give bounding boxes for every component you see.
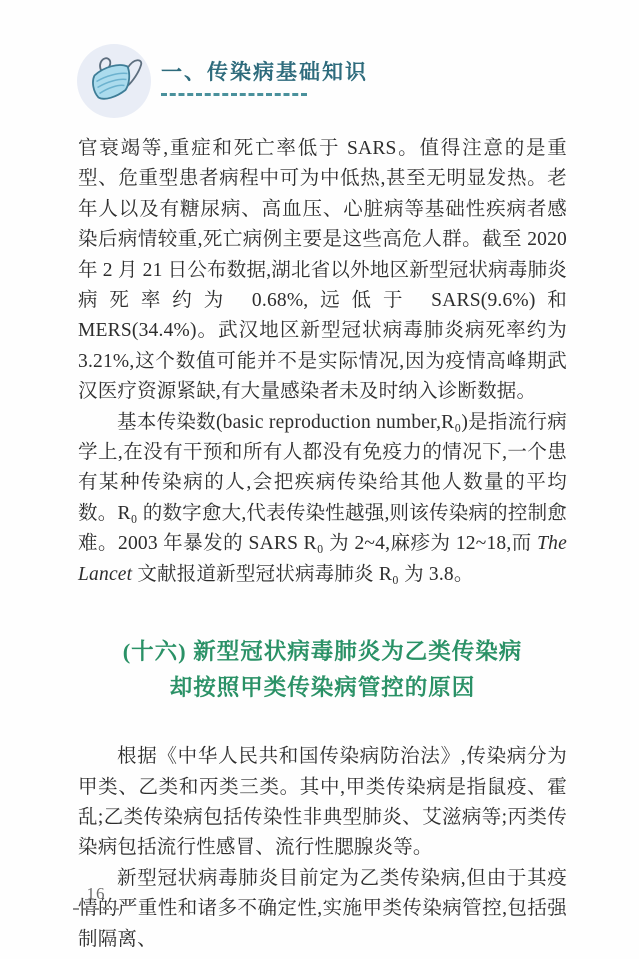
book-page: 一、传染病基础知识 官衰竭等,重症和死亡率低于 SARS。值得注意的是重型、危重… xyxy=(0,0,639,959)
paragraph-text: 基本传染数(basic reproduction number,R₀)是指流行病… xyxy=(78,412,567,555)
paragraph-text: 新型冠状病毒肺炎目前定为乙类传染病,但由于其疫情的严重性和诸多不确定性,实施甲类… xyxy=(78,868,567,950)
section-heading-line: (十六) 新型冠状病毒肺炎为乙类传染病 xyxy=(78,634,567,670)
face-mask-icon xyxy=(77,44,151,118)
body-paragraph: 新型冠状病毒肺炎目前定为乙类传染病,但由于其疫情的严重性和诸多不确定性,实施甲类… xyxy=(78,864,567,955)
page-content: 官衰竭等,重症和死亡率低于 SARS。值得注意的是重型、危重型患者病程中可为中低… xyxy=(78,134,567,955)
body-paragraph: 根据《中华人民共和国传染病防治法》,传染病分为甲类、乙类和丙类三类。其中,甲类传… xyxy=(78,742,567,864)
section-heading-line: 却按照甲类传染病管控的原因 xyxy=(78,670,567,706)
paragraph-text: 官衰竭等,重症和死亡率低于 SARS。值得注意的是重型、危重型患者病程中可为中低… xyxy=(78,138,567,402)
paragraph-text: 文献报道新型冠状病毒肺炎 R₀ 为 3.8。 xyxy=(132,564,473,585)
footer-dashed-line xyxy=(73,908,119,910)
section-heading: (十六) 新型冠状病毒肺炎为乙类传染病却按照甲类传染病管控的原因 xyxy=(78,634,567,706)
body-paragraph: 官衰竭等,重症和死亡率低于 SARS。值得注意的是重型、危重型患者病程中可为中低… xyxy=(78,134,567,408)
page-number: 16 xyxy=(72,884,120,904)
page-footer: 16 xyxy=(72,884,120,910)
paragraph-text: 根据《中华人民共和国传染病防治法》,传染病分为甲类、乙类和丙类三类。其中,甲类传… xyxy=(78,746,567,858)
chapter-title: 一、传染病基础知识 xyxy=(161,60,368,84)
header-dashed-underline xyxy=(161,93,307,96)
body-paragraph: 基本传染数(basic reproduction number,R₀)是指流行病… xyxy=(78,408,567,590)
page-header: 一、传染病基础知识 xyxy=(77,44,368,118)
header-text: 一、传染病基础知识 xyxy=(161,44,368,96)
